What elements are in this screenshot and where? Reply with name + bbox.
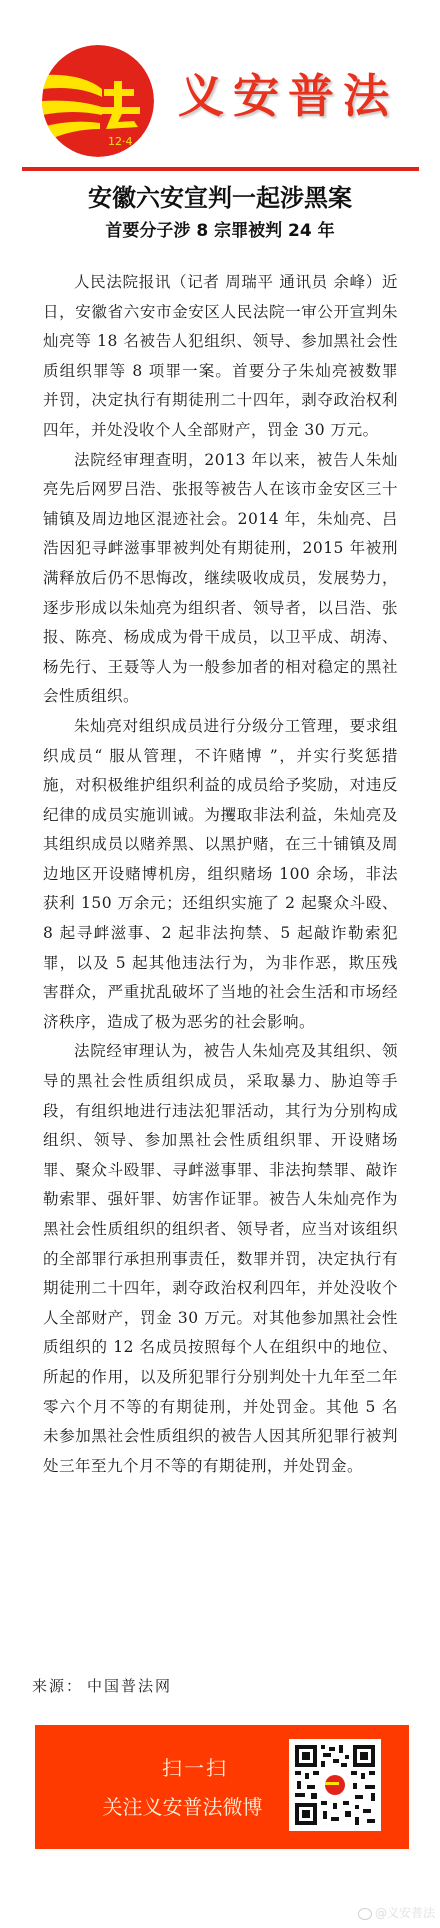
watermark-text: @义安普法: [375, 1906, 435, 1920]
follow-banner[interactable]: 扫一扫 关注义安普法微博: [35, 1725, 409, 1849]
weibo-watermark: @义安普法: [358, 1904, 435, 1921]
article-subtitle: 首要分子涉 8 宗罪被判 24 年: [0, 218, 440, 244]
source-label: 来源：: [32, 1677, 83, 1695]
source-attribution: 来源：中国普法网: [32, 1675, 176, 1696]
weibo-icon: [358, 1908, 372, 1920]
article-paragraph: 朱灿亮对组织成员进行分级分工管理，要求组织成员“ 服从管理，不许赌博 ”，并实行…: [43, 712, 398, 1038]
follow-weibo-label: 关注义安普法微博: [65, 1791, 300, 1820]
source-name: 中国普法网: [87, 1677, 172, 1695]
header-divider: [22, 167, 419, 171]
article-paragraph: 法院经审理认为，被告人朱灿亮及其组织、领导的黑社会性质组织成员，采取暴力、胁迫等…: [43, 1037, 398, 1481]
article-paragraph: 人民法院报讯（记者 周瑞平 通讯员 余峰）近日，安徽省六安市金安区人民法院一审公…: [43, 268, 398, 446]
law-emblem-icon: 12·4: [42, 45, 154, 157]
article-body: 人民法院报讯（记者 周瑞平 通讯员 余峰）近日，安徽省六安市金安区人民法院一审公…: [43, 268, 398, 1481]
article-title: 安徽六安宣判一起涉黑案: [0, 180, 440, 216]
brand-name: 义安普法: [178, 66, 398, 126]
qr-code-icon[interactable]: [289, 1739, 381, 1831]
article-paragraph: 法院经审理查明，2013 年以来，被告人朱灿亮先后网罗吕浩、张报等被告人在该市金…: [43, 446, 398, 712]
header: 12·4 义安普法: [0, 0, 440, 175]
svg-text:12·4: 12·4: [108, 135, 133, 148]
